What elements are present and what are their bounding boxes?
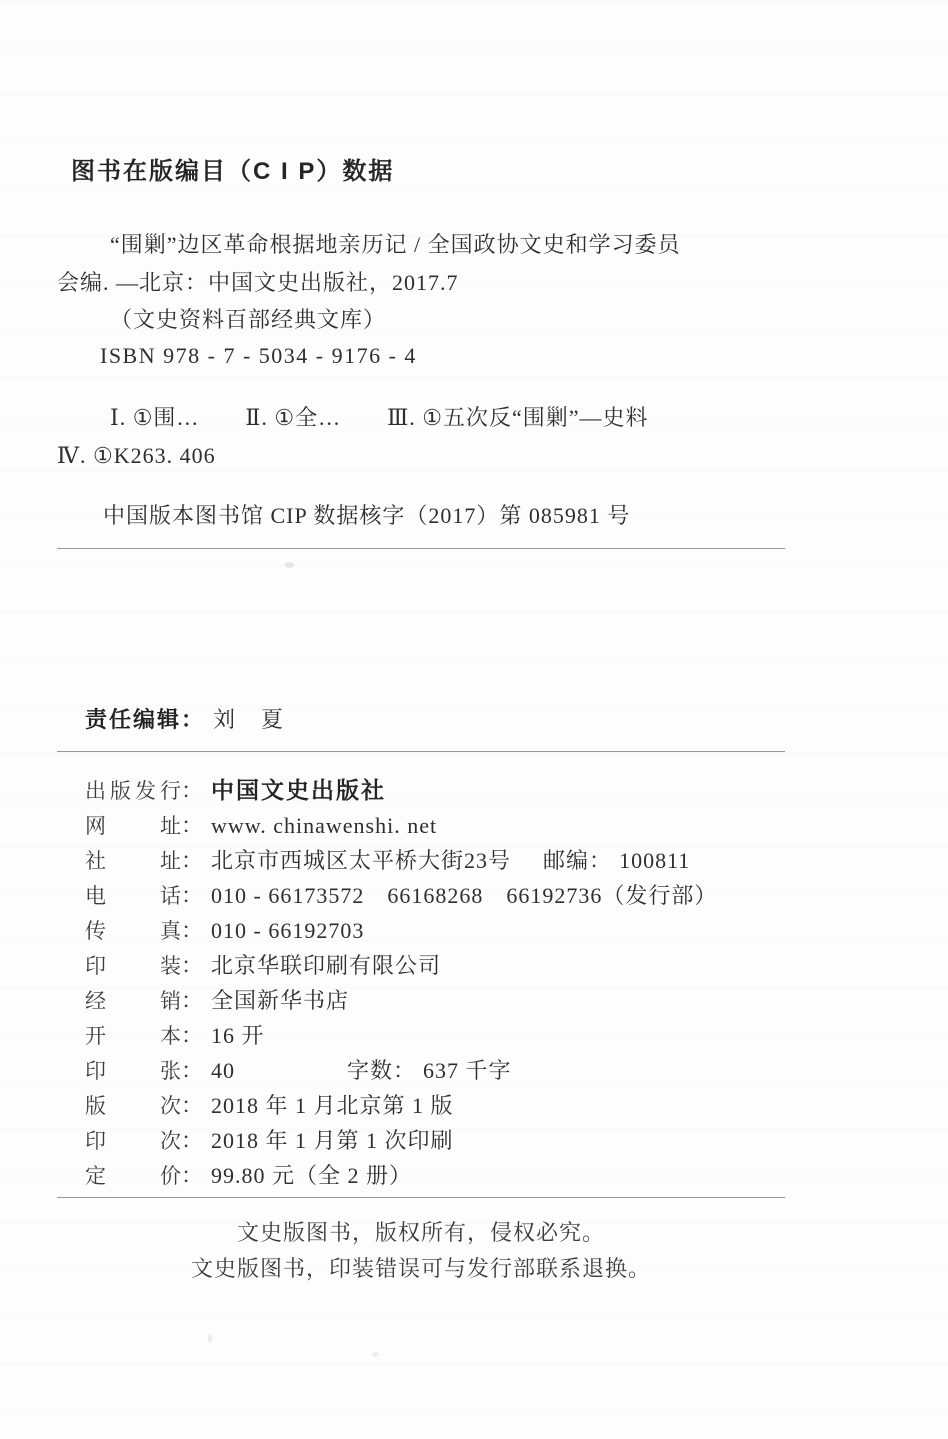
pub-label: 开本 — [85, 1023, 181, 1049]
scan-smudge — [285, 562, 294, 568]
editor-name: 刘 夏 — [213, 707, 285, 732]
pub-label: 网址 — [85, 813, 181, 839]
pub-value: 010 - 66192703 — [211, 918, 364, 943]
editor-row: 责任编辑：刘 夏 — [85, 707, 785, 733]
pub-row-fax: 传真：010 - 66192703 — [85, 918, 785, 944]
pub-row-format: 开本：16 开 — [85, 1023, 785, 1049]
divider-middle — [57, 751, 785, 752]
divider-bottom — [57, 1197, 785, 1198]
pub-label: 传真 — [85, 918, 181, 944]
pub-row-address: 社址：北京市西城区太平桥大街23号邮编：100811 — [85, 848, 785, 874]
pub-value: 2018 年 1 月北京第 1 版 — [211, 1093, 454, 1118]
pub-value: 16 开 — [211, 1023, 265, 1048]
pub-value: 010 - 66173572 66168268 66192736（发行部） — [211, 883, 717, 908]
pub-row-printer: 印装：北京华联印刷有限公司 — [85, 953, 785, 979]
pub-value: www. chinawenshi. net — [211, 813, 437, 838]
divider-top — [57, 548, 785, 549]
cip-record-line: 中国版本图书馆 CIP 数据核字（2017）第 085981 号 — [103, 503, 785, 529]
pub-row-sheets: 印张：40字数：637 千字 — [85, 1058, 785, 1084]
copyright-line-2: 文史版图书，印装错误可与发行部联系退换。 — [57, 1256, 785, 1282]
pub-row-publisher: 出版发行：中国文史出版社 — [85, 777, 785, 804]
pub-label: 印张 — [85, 1058, 181, 1084]
cip-classification-line-1: Ⅰ. ①围… Ⅱ. ①全… Ⅲ. ①五次反“围剿”—史料 — [110, 405, 785, 431]
pub-value: 全国新华书店 — [211, 988, 349, 1013]
postcode-label: 邮编 — [543, 848, 589, 873]
scan-smudge — [208, 1334, 212, 1343]
pub-value: 中国文史出版社 — [211, 777, 386, 803]
scan-smudge — [372, 1352, 379, 1357]
pub-row-impression: 印次：2018 年 1 月第 1 次印刷 — [85, 1128, 785, 1154]
cip-title-line-1: “围剿”边区革命根据地亲历记 / 全国政协文史和学习委员 — [110, 232, 785, 258]
cip-heading: 图书在版编目（C I P）数据 — [71, 158, 785, 186]
pub-label: 印次 — [85, 1128, 181, 1154]
pub-row-website: 网址：www. chinawenshi. net — [85, 813, 785, 839]
postcode-value: 100811 — [619, 848, 690, 873]
pub-label: 定价 — [85, 1163, 181, 1189]
wordcount-value: 637 千字 — [423, 1058, 512, 1083]
book-copyright-page: 图书在版编目（C I P）数据 “围剿”边区革命根据地亲历记 / 全国政协文史和… — [0, 0, 948, 1439]
pub-label: 电话 — [85, 883, 181, 909]
cip-series-line: （文史资料百部经典文库） — [110, 307, 785, 333]
pub-value: 北京华联印刷有限公司 — [211, 953, 441, 978]
pub-label: 印装 — [85, 953, 181, 979]
pub-value: 北京市西城区太平桥大街23号 — [211, 848, 511, 873]
editor-label: 责任编辑 — [85, 707, 181, 732]
pub-label: 社址 — [85, 848, 181, 874]
cip-isbn-line: ISBN 978 - 7 - 5034 - 9176 - 4 — [100, 343, 785, 369]
pub-value: 40 — [211, 1058, 235, 1083]
pub-label: 经销 — [85, 988, 181, 1014]
pub-row-price: 定价：99.80 元（全 2 册） — [85, 1163, 785, 1189]
copyright-notice: 文史版图书，版权所有，侵权必究。 文史版图书，印装错误可与发行部联系退换。 — [57, 1220, 785, 1282]
page-content: 图书在版编目（C I P）数据 “围剿”边区革命根据地亲历记 / 全国政协文史和… — [57, 0, 785, 1439]
cip-title-line-2: 会编. —北京：中国文史出版社，2017.7 — [57, 270, 785, 296]
publication-info-block: 出版发行：中国文史出版社 网址：www. chinawenshi. net 社址… — [57, 777, 785, 1189]
pub-label: 版次 — [85, 1093, 181, 1119]
pub-row-distributor: 经销：全国新华书店 — [85, 988, 785, 1014]
copyright-line-1: 文史版图书，版权所有，侵权必究。 — [57, 1220, 785, 1246]
pub-value: 2018 年 1 月第 1 次印刷 — [211, 1128, 454, 1153]
pub-label: 出版发行 — [85, 778, 181, 804]
editor-colon: ： — [181, 707, 203, 732]
cip-classification-line-2: Ⅳ. ①K263. 406 — [57, 443, 785, 469]
pub-value: 99.80 元（全 2 册） — [211, 1163, 412, 1188]
pub-row-phone: 电话：010 - 66173572 66168268 66192736（发行部） — [85, 883, 785, 909]
wordcount-label: 字数 — [347, 1058, 393, 1083]
pub-row-edition: 版次：2018 年 1 月北京第 1 版 — [85, 1093, 785, 1119]
